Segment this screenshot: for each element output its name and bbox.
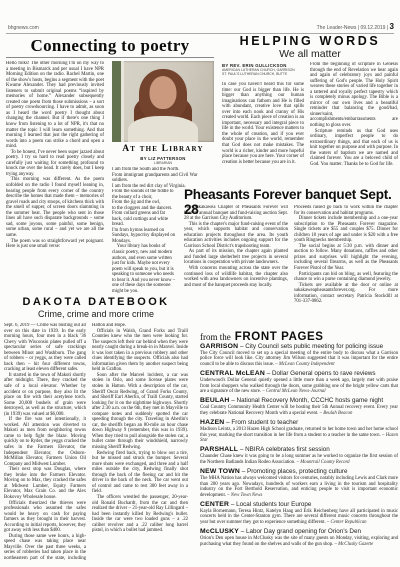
library-column-heading: At the Library <box>112 144 214 154</box>
front-pages-entry: NEW TOWN – Promoting places, protecting … <box>200 468 398 498</box>
poetry-headline-rule <box>6 57 214 58</box>
helping-words-kicker: HELPING WORDS <box>222 34 398 48</box>
library-byline-title: LIBRARIAN <box>112 161 214 165</box>
entry-title: – Promoting places, protecting culture <box>242 468 348 475</box>
datebook-subtitle: Crime, crime and more crime <box>2 309 190 319</box>
photo-background-strip <box>112 61 121 142</box>
pheasants-column-1: The Sakakawea Chapter of Pheasants Forev… <box>184 205 288 331</box>
entry-title: – Dollar General opens to rave reviews <box>267 370 376 377</box>
entry-body: Coal Country Community Health Center wil… <box>200 405 398 415</box>
entry-body: Kayla Bornemann, Teresa Hintz, Katelyn H… <box>200 509 398 525</box>
librarian-photo <box>112 61 214 142</box>
entry-source: – Beulah Beacon <box>320 411 353 416</box>
entry-source: – McLean County Independent <box>275 362 334 367</box>
front-pages-entry: CENTRAL McLEAN – Dollar General opens to… <box>200 370 398 394</box>
front-pages-entry: PARSHALL – NBIRA celebrates first sessio… <box>200 446 398 465</box>
entry-city: GARRISON <box>200 343 238 350</box>
entry-title: – National Recovery Month, CCCHC hosts g… <box>231 397 383 404</box>
entry-source: – Mountrail County Record <box>297 460 350 465</box>
front-pages-entry: HAZEN – From student to teacher Madison … <box>200 419 398 443</box>
entry-title: – From student to teacher <box>226 419 298 426</box>
entry-city: NEW TOWN <box>200 468 240 475</box>
front-pages-heading-title: FRONT PAGES <box>235 331 324 343</box>
helping-byline-org-2: ST. PAUL'S LUTHERAN CHURCH, BUTTE <box>222 72 304 76</box>
poetry-column-2: From the sounds of the fiddle to the bea… <box>112 189 176 295</box>
front-pages-entry: CENTER – Local students tour Europe Kayl… <box>200 501 398 525</box>
front-pages-entry: McCLUSKY – Labor Day grand opening for O… <box>200 528 398 547</box>
masthead-issue: The Leader-News | 09.12.2019 | 3 <box>234 22 394 31</box>
datebook-heading: DAKOTA DATEBOOK <box>2 296 190 308</box>
front-pages-list: GARRISON – City Council sets public meet… <box>200 343 398 563</box>
front-pages-entry: GARRISON – City Council sets public meet… <box>200 343 398 367</box>
entry-city: CENTRAL McLEAN <box>200 370 265 377</box>
helping-column-2: From the beginning of scripture in Genes… <box>310 62 398 186</box>
entry-source: – McClusky Gazette <box>335 542 374 547</box>
library-byline-block: At the Library BY LIZ PATTERSON LIBRARIA… <box>112 144 214 165</box>
helping-words-subtitle: We all matter <box>222 48 398 60</box>
newspaper-page: bhgnews.com The Leader-News | 09.12.2019… <box>0 0 400 567</box>
datebook-column-2: Hatton and Hope. Officials in Walsh, Gra… <box>92 323 188 561</box>
portrait-face <box>150 76 177 109</box>
entry-city: BEULAH <box>200 397 230 404</box>
poetry-headline: Connecting to poetry <box>6 36 214 56</box>
entry-source: – Central McLean News-Journal <box>262 389 325 394</box>
datebook-column-1: Sept. 6, 2019 — Crime was busting out al… <box>4 323 86 561</box>
portrait-shoulders <box>128 116 198 142</box>
entry-body: Madison Leintz, a 2013 Hazen High School… <box>200 427 398 437</box>
entry-city: CENTER <box>200 501 229 508</box>
entry-title: – NBIRA celebrates first session <box>240 446 330 453</box>
entry-city: PARSHALL <box>200 446 238 453</box>
photo-door-edge <box>121 61 124 142</box>
front-pages-heading-prefix: from the <box>200 332 231 342</box>
entry-title: – Labor Day grand opening for Orion's De… <box>241 528 361 535</box>
entry-source: – Center Republican <box>327 520 367 525</box>
site-url: bhgnews.com <box>8 25 39 31</box>
helping-column-1: In case you haven't heard this for some … <box>222 82 304 186</box>
helping-byline-block: BY REV. ERIN GULLICKSON AMERICAN LUTHERA… <box>222 61 304 76</box>
issue-label: The Leader-News | 09.12.2019 | <box>317 25 389 31</box>
entry-title: – Local students tour Europe <box>231 501 312 508</box>
poetry-column-1: Hello folks! The other morning I'm on my… <box>6 61 104 295</box>
entry-city: HAZEN <box>200 419 224 426</box>
entry-title: – City Council sets public meeting for p… <box>240 343 383 350</box>
entry-city: McCLUSKY <box>200 528 239 535</box>
page-number: 3 <box>390 22 394 31</box>
entry-source: – New Town News <box>227 493 262 498</box>
poem-intro: I am from the South and the North. From … <box>112 167 214 188</box>
front-pages-entry: BEULAH – National Recovery Month, CCCHC … <box>200 397 398 416</box>
pheasants-column-2: Proceeds raised go back to work within t… <box>294 205 398 331</box>
